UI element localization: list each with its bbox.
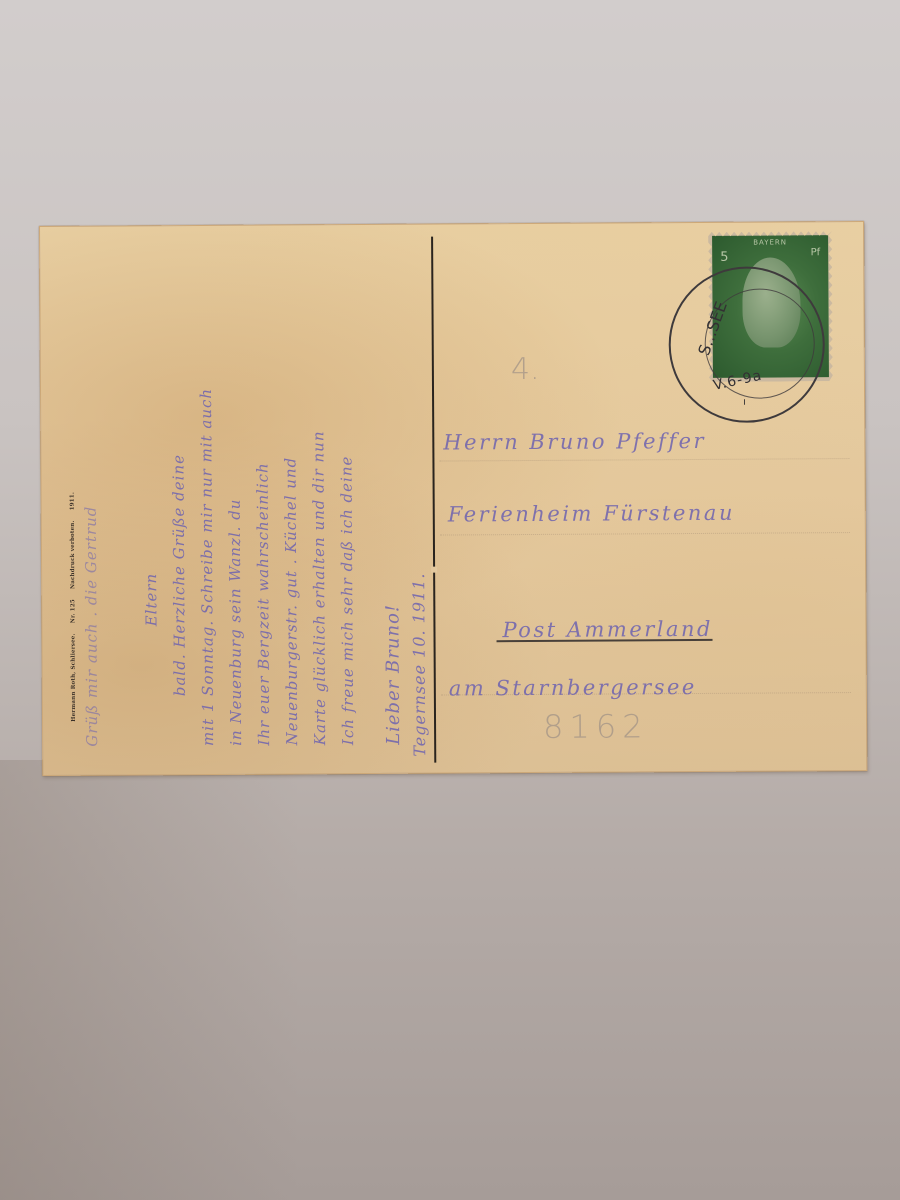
- publisher-year: 1911.: [70, 492, 76, 510]
- postcard-back: Hermann Roth, Schliersee. Nr. 125 Nachdr…: [39, 221, 867, 776]
- message-date: Tegernsee 10. 1911.: [409, 572, 429, 756]
- stamp-currency: Pf: [811, 247, 821, 258]
- postmark-mark: ı: [743, 397, 746, 408]
- pencil-mark: 4.: [511, 352, 540, 387]
- message-line: Karte glücklich erhalten und dir nun: [309, 430, 329, 745]
- publisher-name: Hermann Roth, Schliersee.: [70, 633, 77, 721]
- message-line: Ihr euer Bergzeit wahrscheinlich: [253, 462, 273, 745]
- publisher-imprint: Hermann Roth, Schliersee. Nr. 125 Nachdr…: [70, 484, 77, 722]
- message-line: Neuenburgerstr. gut . Küchel und: [281, 457, 301, 746]
- stamp-country: BAYERN: [712, 238, 828, 247]
- address-line-lake: am Starnbergersee: [449, 675, 697, 701]
- message-line: mit 1 Sonntag. Schreibe mir nur mit auch: [197, 388, 217, 746]
- stamp-value: 5: [720, 250, 728, 265]
- divider-gap: [431, 567, 437, 573]
- message-line: Grüß mir auch . die Gertrud: [82, 506, 101, 747]
- address-guideline: [440, 532, 850, 536]
- message-line: in Neuenburg sein Wanzl. du: [226, 499, 246, 746]
- message-line: Eltern: [142, 573, 160, 627]
- address-line-name: Herrn Bruno Pfeffer: [443, 429, 706, 455]
- message-line: Ich freue mich sehr daß ich deine: [337, 456, 357, 746]
- publisher-number: Nr. 125: [70, 599, 76, 623]
- message-salutation: Lieber Bruno!: [382, 604, 404, 745]
- postmark-cancellation: S...SEE V.6-9a ı: [668, 266, 825, 423]
- message-line: bald. Herzliche Grüße deine: [169, 454, 188, 696]
- address-guideline: [439, 458, 849, 462]
- address-line-place: Ferienheim Fürstenau: [448, 501, 735, 527]
- address-line-post-struck: Post Ammerland: [502, 617, 713, 642]
- background-shadow: [0, 760, 300, 1200]
- publisher-notice: Nachdruck verboten.: [70, 520, 76, 589]
- card-divider-line: [431, 237, 436, 763]
- pencil-number: 8162: [543, 707, 649, 746]
